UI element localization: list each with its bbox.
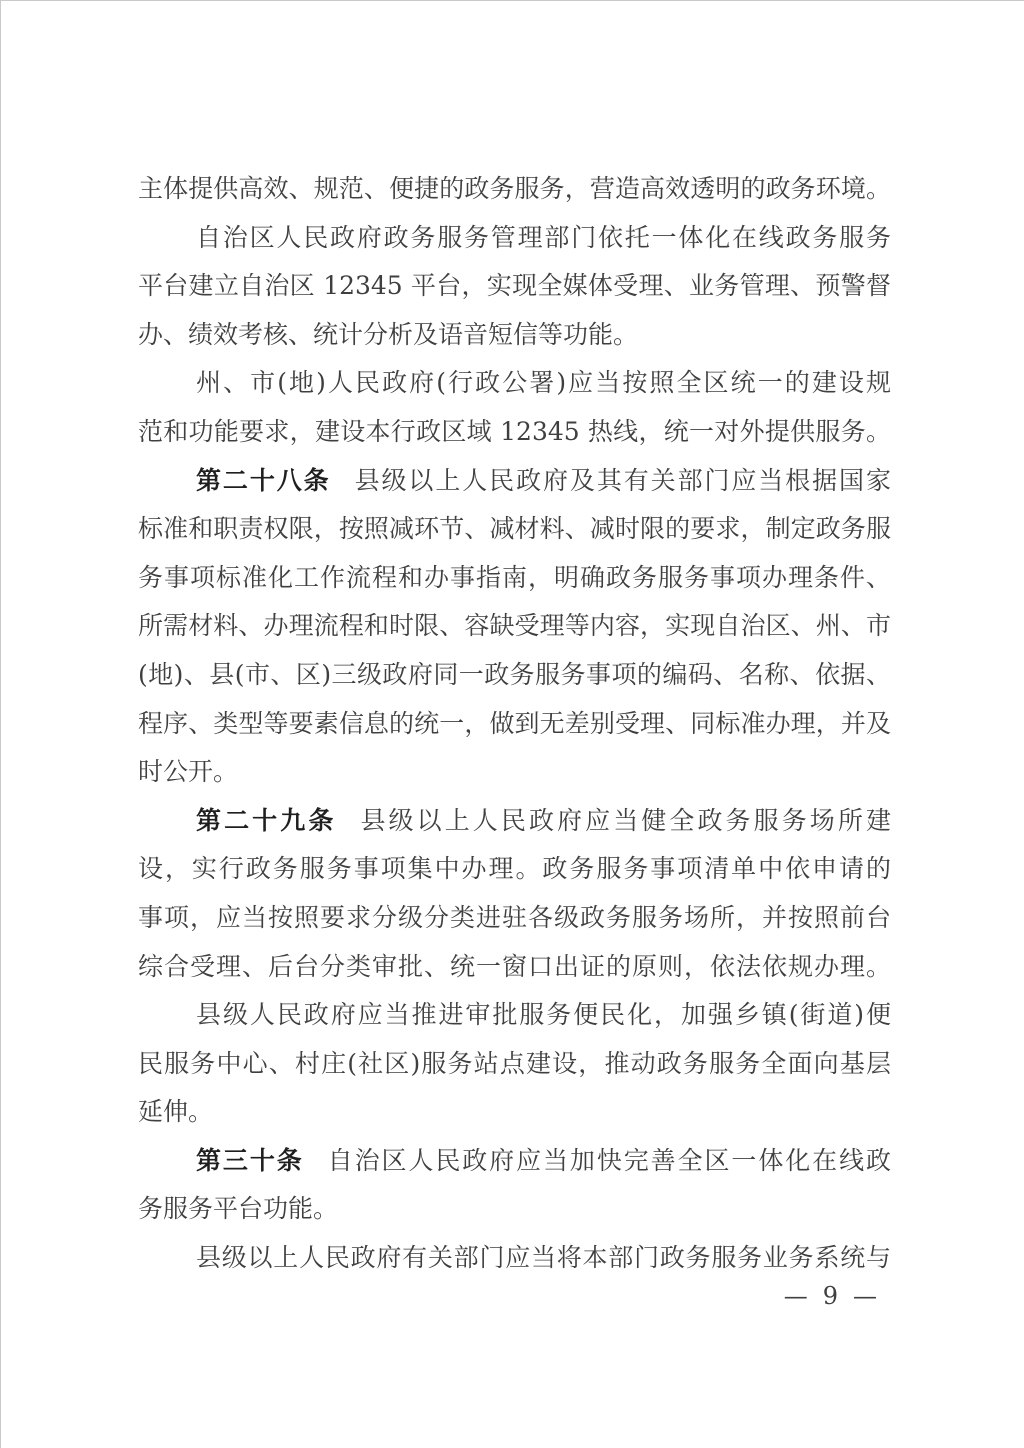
text-run: (地)、县(市、区)三级政府同一政务服务事项的编码、名称、依据、 [138, 660, 891, 689]
text-run: 县级以上人民政府有关部门应当将本部门政务服务业务系统与 [196, 1243, 891, 1272]
text-line: 时公开。 [138, 748, 891, 797]
text-line: 第二十八条县级以上人民政府及其有关部门应当根据国家 [138, 457, 891, 506]
text-line: 范和功能要求，建设本行政区域 12345 热线，统一对外提供服务。 [138, 408, 891, 457]
text-run: 州、市(地)人民政府(行政公署)应当按照全区统一的建设规 [196, 368, 891, 397]
text-line: 延伸。 [138, 1088, 891, 1137]
text-run: 标准和职责权限，按照减环节、减材料、减时限的要求，制定政务服 [138, 514, 891, 543]
text-line: 办、绩效考核、统计分析及语音短信等功能。 [138, 311, 891, 360]
text-line: 务事项标准化工作流程和办事指南，明确政务服务事项办理条件、 [138, 554, 891, 603]
article-number-label: 第三十条 [196, 1146, 304, 1175]
text-line: 县级以上人民政府有关部门应当将本部门政务服务业务系统与 [138, 1234, 891, 1283]
text-run: 县级以上人民政府应当健全政务服务场所建 [360, 806, 891, 835]
text-run: 时公开。 [138, 757, 238, 786]
footer-dash-right: — [853, 1282, 877, 1310]
text-run: 平台建立自治区 12345 平台，实现全媒体受理、业务管理、预警督 [138, 271, 891, 300]
text-run: 民服务中心、村庄(社区)服务站点建设，推动政务服务全面向基层 [138, 1049, 891, 1078]
text-run: 程序、类型等要素信息的统一，做到无差别受理、同标准办理，并及 [138, 709, 891, 738]
text-line: 标准和职责权限，按照减环节、减材料、减时限的要求，制定政务服 [138, 505, 891, 554]
text-line: 所需材料、办理流程和时限、容缺受理等内容，实现自治区、州、市 [138, 602, 891, 651]
text-line: 平台建立自治区 12345 平台，实现全媒体受理、业务管理、预警督 [138, 262, 891, 311]
text-run: 延伸。 [138, 1097, 213, 1126]
text-run: 事项，应当按照要求分级分类进驻各级政务服务场所，并按照前台 [138, 903, 891, 932]
text-line: 自治区人民政府政务服务管理部门依托一体化在线政务服务 [138, 214, 891, 263]
text-line: (地)、县(市、区)三级政府同一政务服务事项的编码、名称、依据、 [138, 651, 891, 700]
text-run: 范和功能要求，建设本行政区域 12345 热线，统一对外提供服务。 [138, 417, 891, 446]
text-line: 第二十九条县级以上人民政府应当健全政务服务场所建 [138, 797, 891, 846]
text-run: 综合受理、后台分类审批、统一窗口出证的原则，依法依规办理。 [138, 952, 891, 981]
footer-dash-left: — [784, 1282, 808, 1310]
text-line: 程序、类型等要素信息的统一，做到无差别受理、同标准办理，并及 [138, 700, 891, 749]
document-text-block: 主体提供高效、规范、便捷的政务服务，营造高效透明的政务环境。自治区人民政府政务服… [138, 165, 891, 1283]
text-line: 民服务中心、村庄(社区)服务站点建设，推动政务服务全面向基层 [138, 1040, 891, 1089]
text-run: 县级人民政府应当推进审批服务便民化，加强乡镇(街道)便 [196, 1000, 891, 1029]
text-line: 州、市(地)人民政府(行政公署)应当按照全区统一的建设规 [138, 359, 891, 408]
text-line: 县级人民政府应当推进审批服务便民化，加强乡镇(街道)便 [138, 991, 891, 1040]
article-number-label: 第二十八条 [196, 466, 331, 495]
text-run: 务服务平台功能。 [138, 1194, 338, 1223]
text-run: 办、绩效考核、统计分析及语音短信等功能。 [138, 320, 638, 349]
text-run: 自治区人民政府应当加快完善全区一体化在线政 [328, 1146, 891, 1175]
text-line: 事项，应当按照要求分级分类进驻各级政务服务场所，并按照前台 [138, 894, 891, 943]
page-number: 9 [823, 1282, 838, 1310]
text-run: 主体提供高效、规范、便捷的政务服务，营造高效透明的政务环境。 [138, 174, 891, 203]
page-footer: —9— [784, 1281, 877, 1311]
article-number-label: 第二十九条 [196, 806, 336, 835]
text-run: 自治区人民政府政务服务管理部门依托一体化在线政务服务 [196, 223, 891, 252]
document-page: 主体提供高效、规范、便捷的政务服务，营造高效透明的政务环境。自治区人民政府政务服… [0, 0, 1024, 1448]
text-run: 设，实行政务服务事项集中办理。政务服务事项清单中依申请的 [138, 854, 891, 883]
text-line: 主体提供高效、规范、便捷的政务服务，营造高效透明的政务环境。 [138, 165, 891, 214]
text-run: 县级以上人民政府及其有关部门应当根据国家 [355, 466, 891, 495]
text-line: 第三十条自治区人民政府应当加快完善全区一体化在线政 [138, 1137, 891, 1186]
text-line: 务服务平台功能。 [138, 1185, 891, 1234]
text-line: 设，实行政务服务事项集中办理。政务服务事项清单中依申请的 [138, 845, 891, 894]
text-run: 务事项标准化工作流程和办事指南，明确政务服务事项办理条件、 [138, 563, 891, 592]
text-line: 综合受理、后台分类审批、统一窗口出证的原则，依法依规办理。 [138, 943, 891, 992]
text-run: 所需材料、办理流程和时限、容缺受理等内容，实现自治区、州、市 [138, 611, 891, 640]
